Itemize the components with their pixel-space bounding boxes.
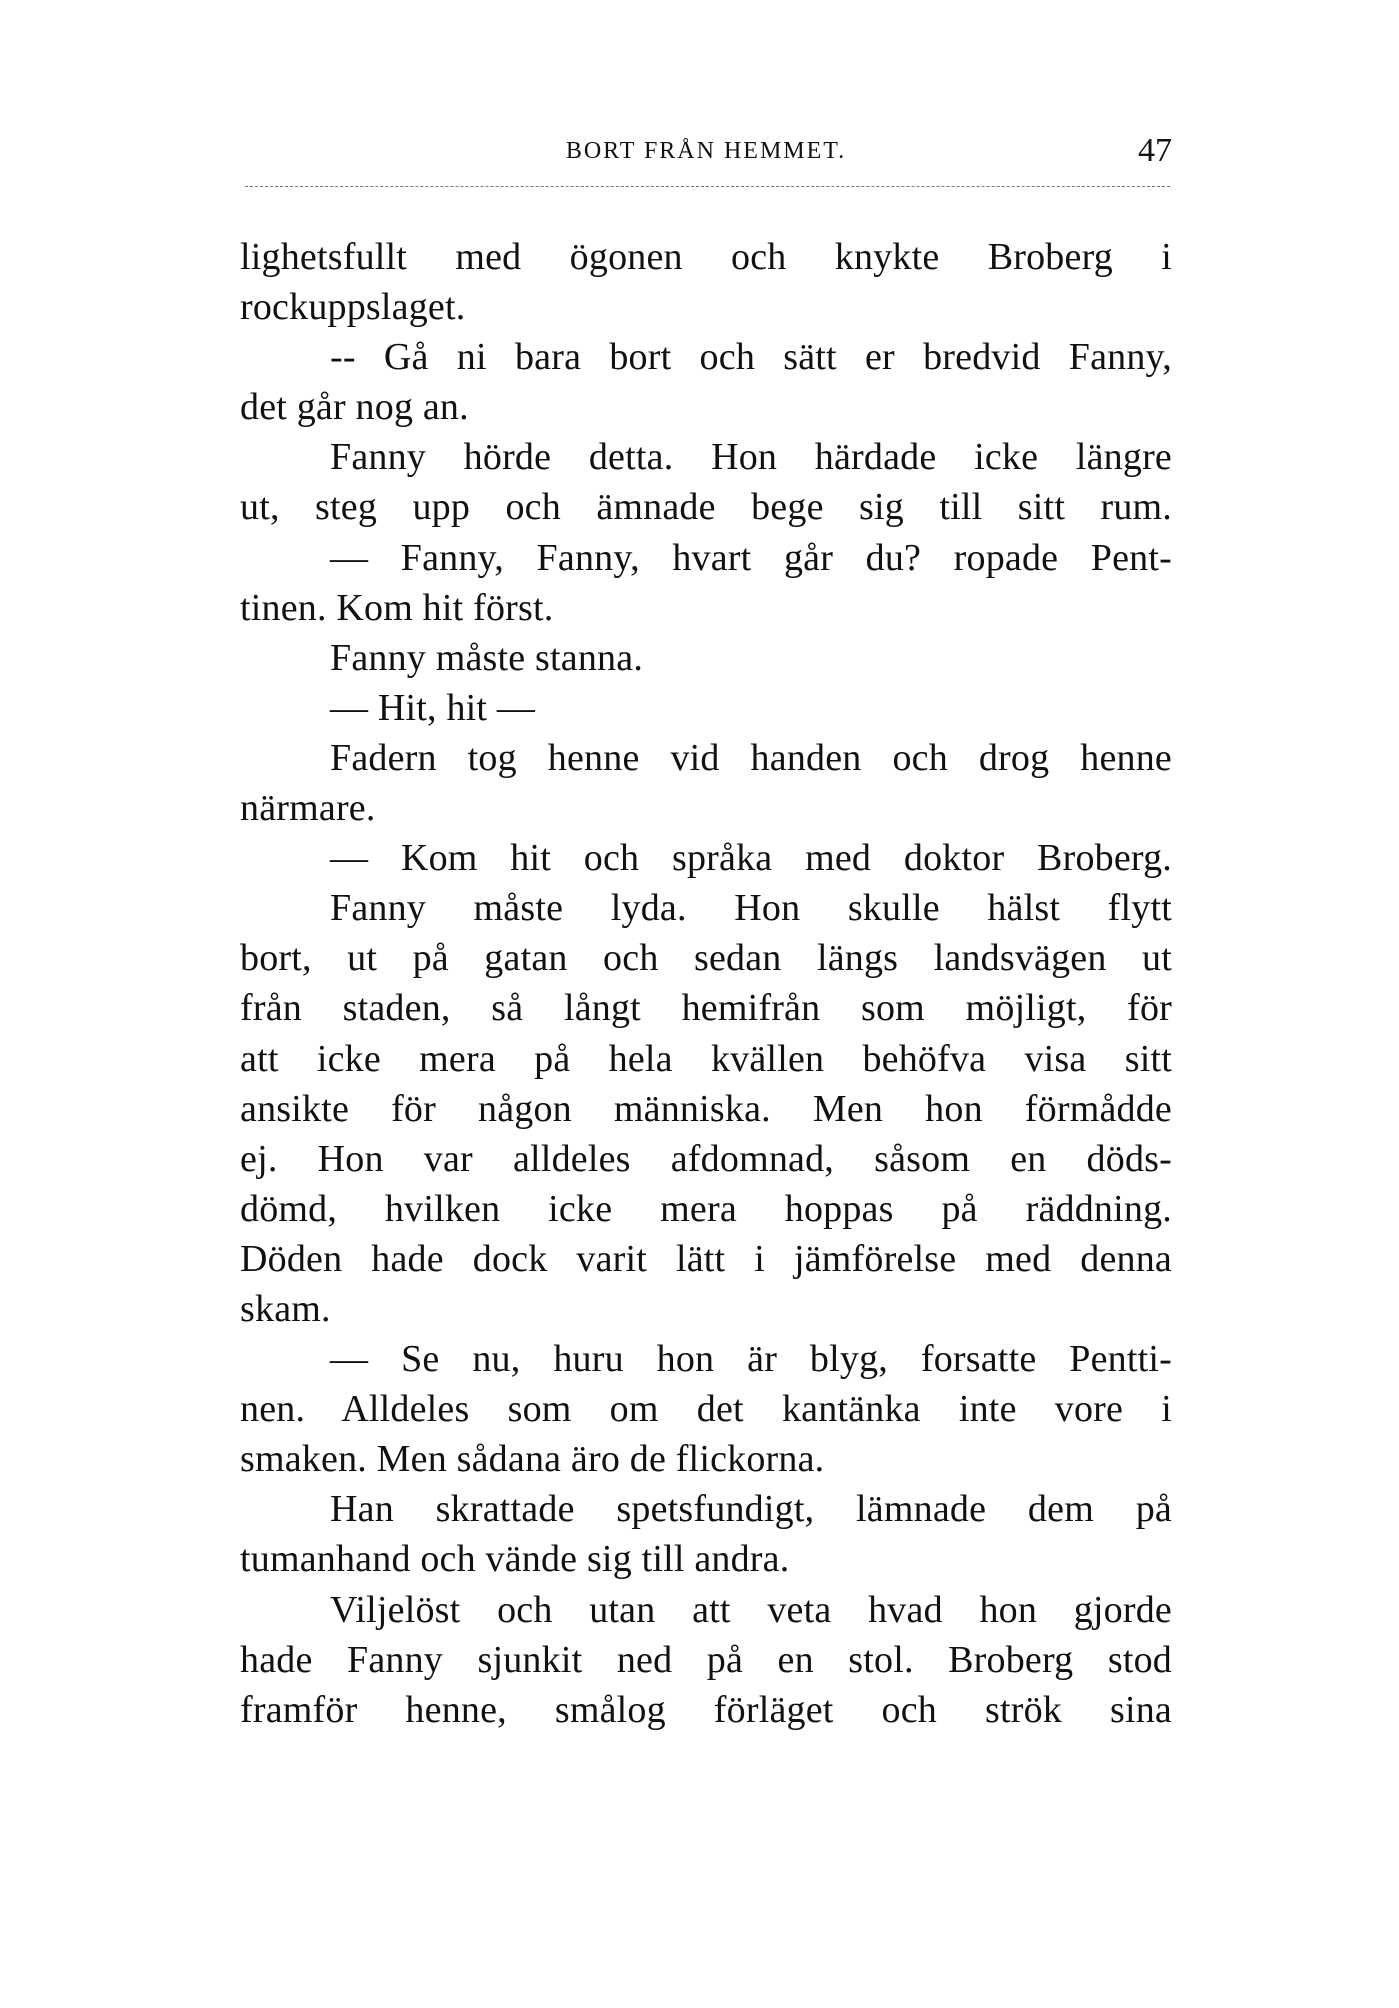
text-line: framför henne, smålog förläget och strök… (240, 1685, 1172, 1735)
text-line: -- Gå ni bara bort och sätt er bredvid F… (240, 332, 1172, 382)
text-line: — Hit, hit — (240, 683, 1172, 733)
running-title: BORT FRÅN HEMMET. (240, 138, 1172, 165)
text-line: från staden, så långt hemifrån som möjli… (240, 983, 1172, 1033)
text-line: tinen. Kom hit först. (240, 583, 1172, 633)
body-text: lighetsfullt med ögonen och knykte Brobe… (240, 232, 1172, 1735)
running-head: BORT FRÅN HEMMET. 47 (240, 132, 1172, 172)
text-line: Fadern tog henne vid handen och drog hen… (240, 733, 1172, 783)
text-line: ansikte för någon människa. Men hon förm… (240, 1084, 1172, 1134)
text-line: smaken. Men sådana äro de flickorna. (240, 1434, 1172, 1484)
text-line: dömd, hvilken icke mera hoppas på räddni… (240, 1184, 1172, 1234)
text-line: Döden hade dock varit lätt i jämförelse … (240, 1234, 1172, 1284)
text-line: Viljelöst och utan att veta hvad hon gjo… (240, 1585, 1172, 1635)
text-line: skam. (240, 1284, 1172, 1334)
text-line: ut, steg upp och ämnade bege sig till si… (240, 482, 1172, 532)
text-line: Fanny hörde detta. Hon härdade icke läng… (240, 432, 1172, 482)
text-line: — Kom hit och språka med doktor Broberg. (240, 833, 1172, 883)
text-line: Fanny måste stanna. (240, 633, 1172, 683)
text-line: närmare. (240, 783, 1172, 833)
book-page: BORT FRÅN HEMMET. 47 lighetsfullt med ög… (0, 0, 1399, 2008)
text-line: — Se nu, huru hon är blyg, forsatte Pent… (240, 1334, 1172, 1384)
text-line: att icke mera på hela kvällen behöfva vi… (240, 1034, 1172, 1084)
text-line: Han skrattade spetsfundigt, lämnade dem … (240, 1484, 1172, 1534)
text-line: Fanny måste lyda. Hon skulle hälst flytt (240, 883, 1172, 933)
header-rule (245, 186, 1170, 187)
text-line: nen. Alldeles som om det kantänka inte v… (240, 1384, 1172, 1434)
page-number: 47 (1138, 132, 1172, 170)
text-line: bort, ut på gatan och sedan längs landsv… (240, 933, 1172, 983)
text-line: — Fanny, Fanny, hvart går du? ropade Pen… (240, 533, 1172, 583)
text-line: ej. Hon var alldeles afdomnad, såsom en … (240, 1134, 1172, 1184)
text-line: det går nog an. (240, 382, 1172, 432)
text-line: tumanhand och vände sig till andra. (240, 1534, 1172, 1584)
text-line: lighetsfullt med ögonen och knykte Brobe… (240, 232, 1172, 282)
text-line: hade Fanny sjunkit ned på en stol. Brobe… (240, 1635, 1172, 1685)
text-line: rockuppslaget. (240, 282, 1172, 332)
